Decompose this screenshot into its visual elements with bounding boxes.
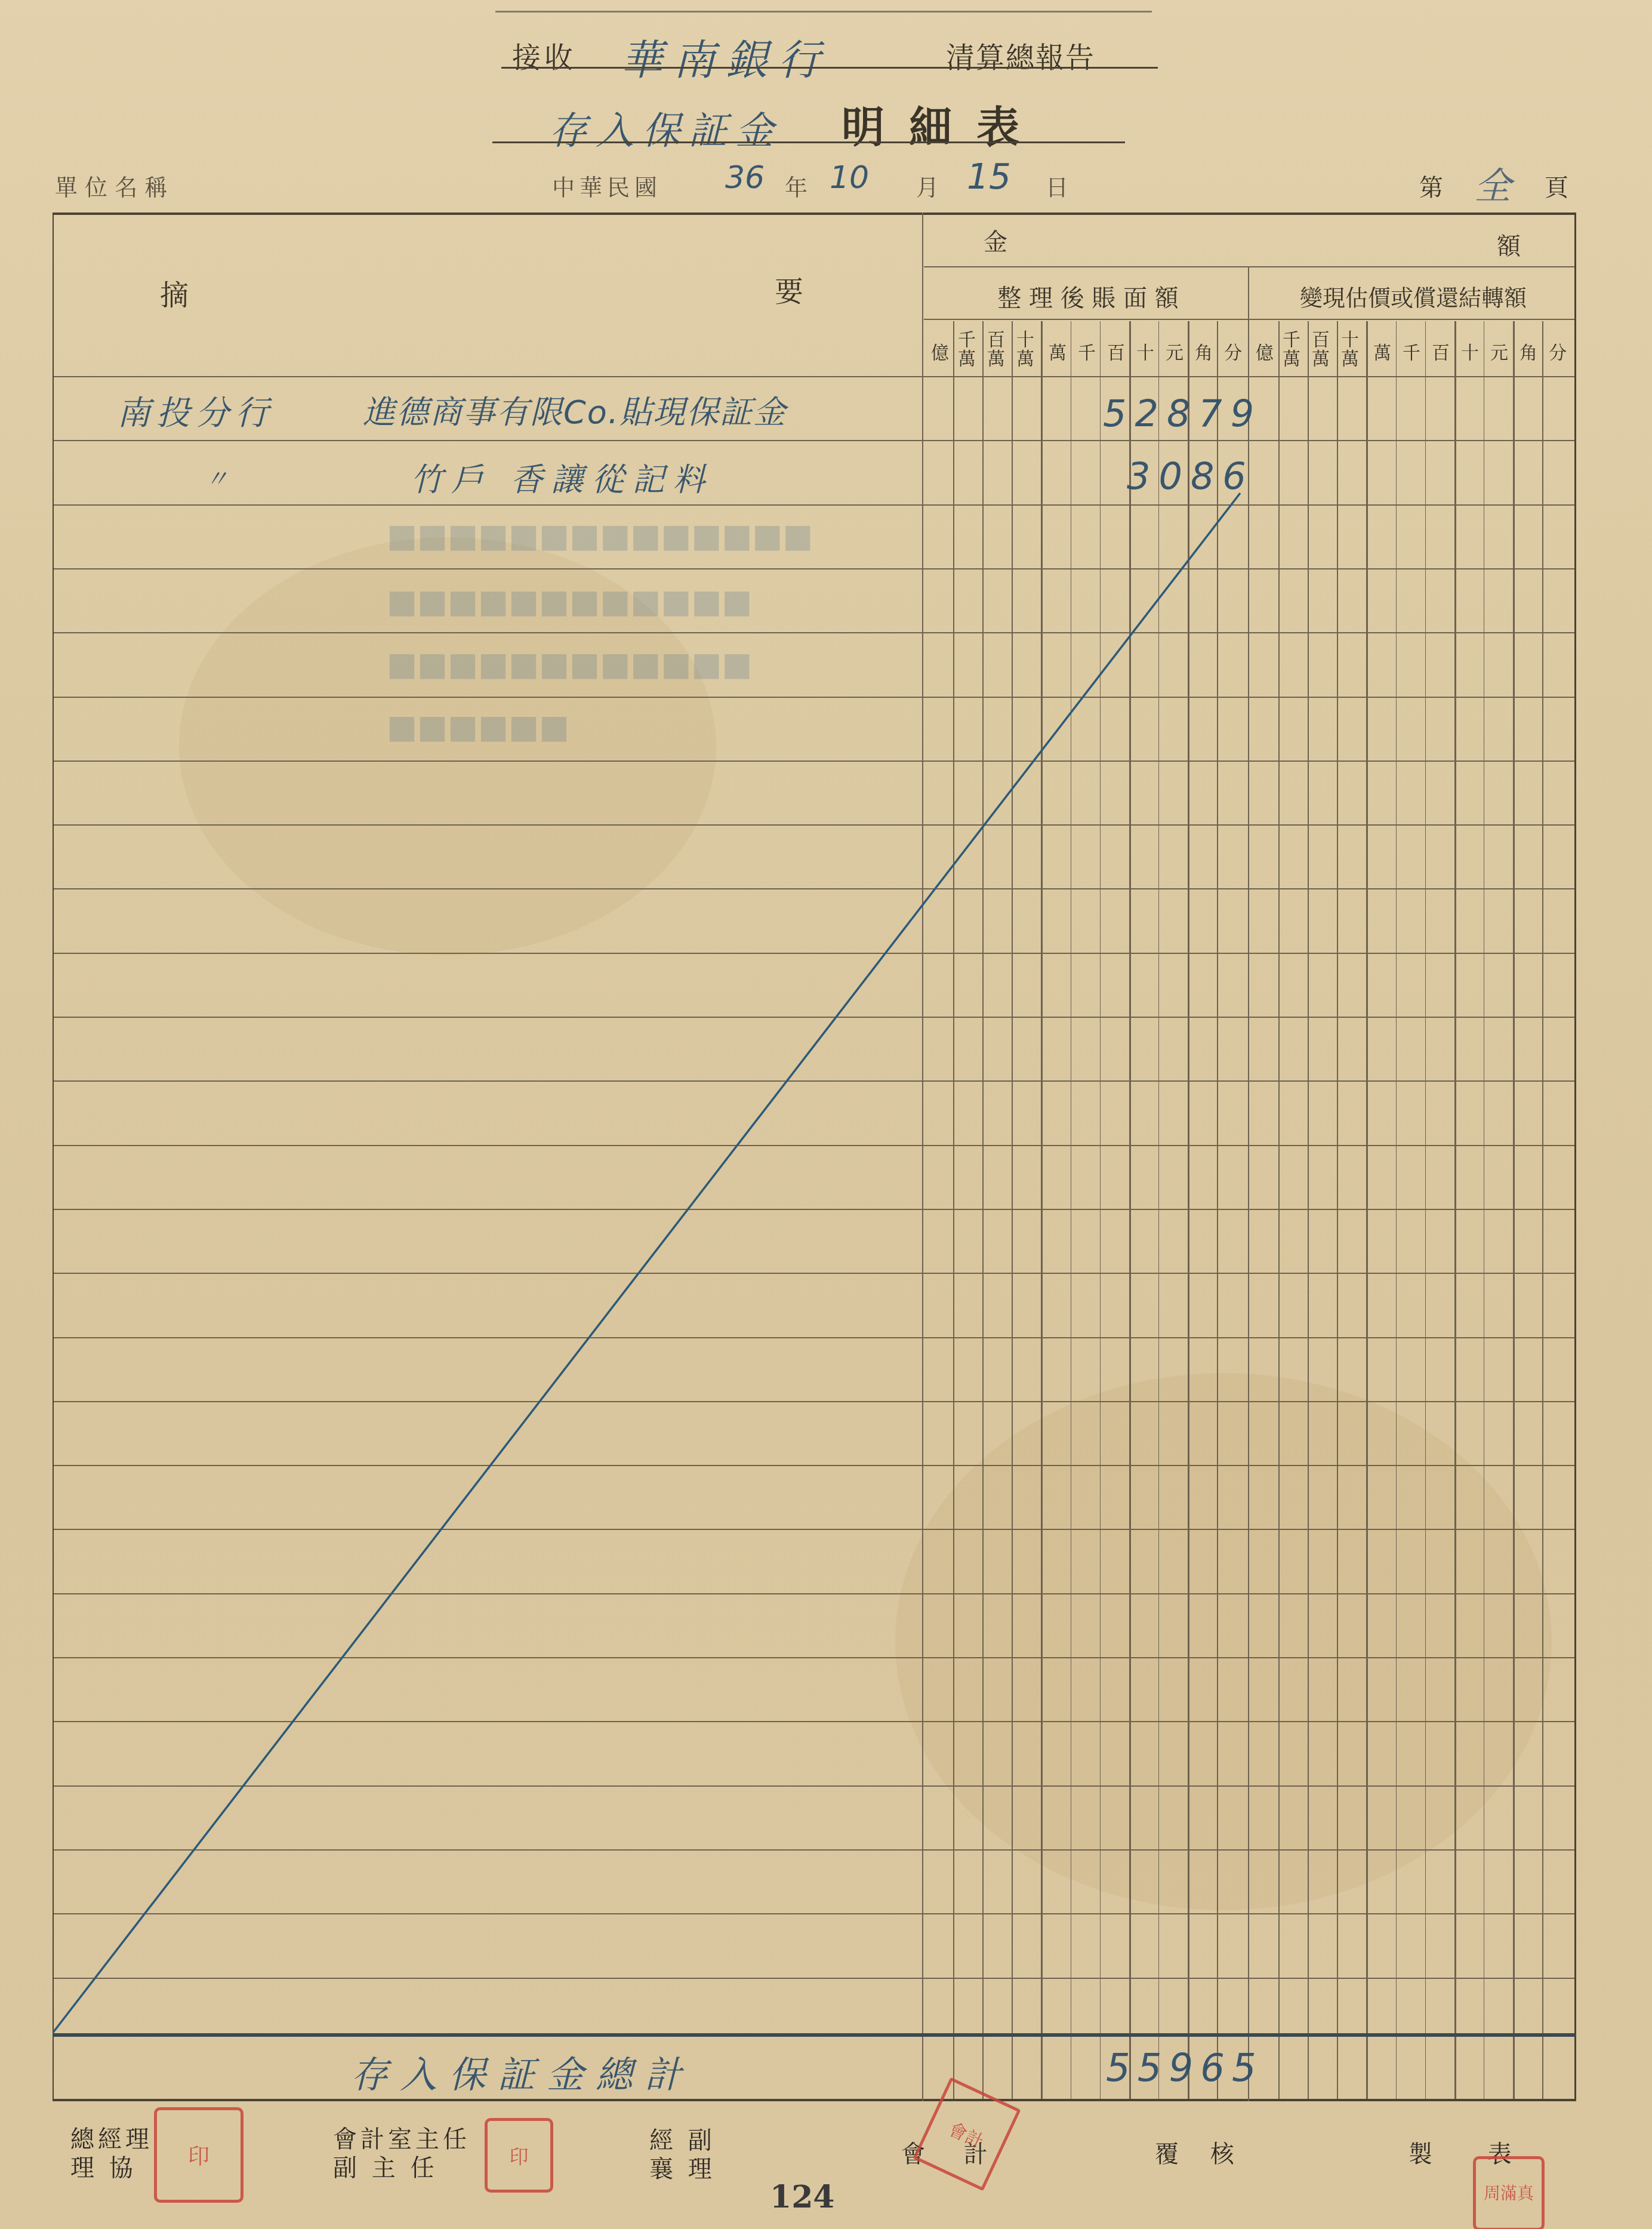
header-underline <box>501 67 1158 69</box>
accounting-chief-seal: 印 <box>485 2118 553 2193</box>
year-value: 36 <box>725 160 765 196</box>
detail-table: 摘 要 金 額 整 理 後 賬 面 額 變現估價或償還結轉額 億 千萬 百萬 十… <box>53 213 1576 2101</box>
page-stamp-number: 124 <box>770 2179 835 2215</box>
day-value: 15 <box>967 156 1011 197</box>
title-underline <box>492 141 1125 143</box>
page-suffix: 頁 <box>1545 169 1568 203</box>
page-prefix: 第 <box>1419 169 1443 203</box>
month-label: 月 <box>916 169 939 202</box>
header-prefix: 接收 <box>512 35 577 76</box>
form-subject-handwritten: 存入保証金 <box>549 100 782 155</box>
cancellation-diagonal-line <box>53 213 1576 2101</box>
preparer-seal: 周滿真 <box>1473 2156 1545 2229</box>
manager-label: 經 副 襄 理 <box>649 2126 716 2184</box>
month-value: 10 <box>830 160 869 196</box>
era-label: 中華民國 <box>552 169 662 202</box>
page-value: 全 <box>1474 156 1511 210</box>
general-manager-seal: 印 <box>154 2107 244 2203</box>
header-top-rule <box>495 11 1152 13</box>
bank-name-handwritten: 華南銀行 <box>621 27 831 87</box>
day-label: 日 <box>1046 169 1068 202</box>
unit-name-label: 單 位 名 稱 <box>55 169 167 202</box>
general-manager-label: 總經理 理 協 <box>70 2125 153 2182</box>
form-title: 明 細 表 <box>842 93 1024 155</box>
review-label: 覆 核 <box>1155 2140 1246 2169</box>
accounting-chief-label: 會計室主任 副 主 任 <box>333 2125 470 2182</box>
year-label: 年 <box>785 169 807 202</box>
report-title: 清算總報告 <box>946 35 1095 76</box>
